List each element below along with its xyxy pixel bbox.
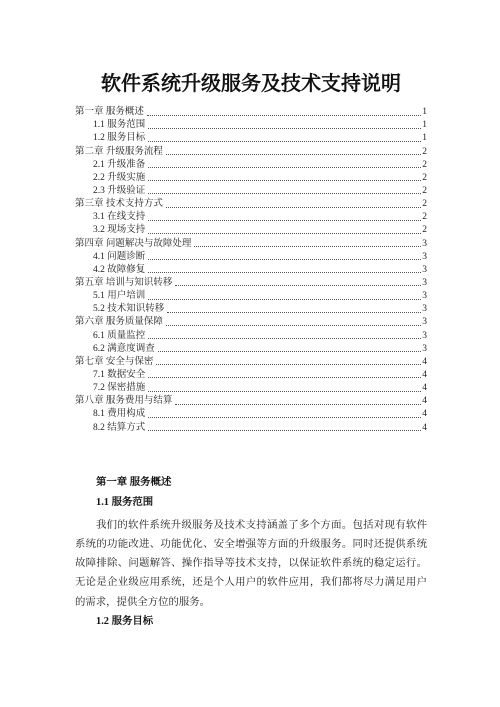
toc-dot-leader <box>148 259 421 260</box>
toc-dot-leader <box>148 128 421 129</box>
document-title: 软件系统升级服务及技术支持说明 <box>75 70 427 98</box>
toc-dot-leader <box>148 141 421 142</box>
toc-dot-leader <box>148 417 421 418</box>
toc-page-number: 4 <box>422 356 427 368</box>
toc-entry: 第六章 服务质量保障 3 <box>75 315 427 328</box>
section-1-1-heading: 1.1 服务范围 <box>96 493 427 513</box>
toc-dot-leader <box>167 312 421 313</box>
toc-entry: 2.2 升级实施 2 <box>75 171 427 184</box>
document-page: 软件系统升级服务及技术支持说明 第一章 服务概述 1 1.1 服务范围 1 1.… <box>0 0 500 707</box>
toc-entry-label: 2.2 升级实施 <box>93 172 145 184</box>
toc-dot-leader <box>175 285 421 286</box>
toc-entry-label: 第五章 培训与知识转移 <box>75 277 172 289</box>
toc-page-number: 3 <box>422 303 427 315</box>
toc-dot-leader <box>148 377 421 378</box>
toc-entry: 4.2 故障修复 3 <box>75 263 427 276</box>
toc-page-number: 4 <box>422 395 427 407</box>
document-body: 第一章 服务概述 1.1 服务范围 我们的软件系统升级服务及技术支持涵盖了多个方… <box>75 473 427 632</box>
toc-entry: 3.2 现场支持 2 <box>75 223 427 236</box>
toc-dot-leader <box>148 193 421 194</box>
toc-dot-leader <box>175 404 421 405</box>
toc-entry-label: 第八章 服务费用与结算 <box>75 395 172 407</box>
toc-page-number: 2 <box>422 211 427 223</box>
toc-page-number: 3 <box>422 290 427 302</box>
toc-page-number: 3 <box>422 264 427 276</box>
toc-dot-leader <box>148 272 421 273</box>
toc-dot-leader <box>148 430 421 431</box>
toc-entry: 第五章 培训与知识转移 3 <box>75 276 427 289</box>
toc-dot-leader <box>158 351 421 352</box>
toc-entry: 第七章 安全与保密 4 <box>75 355 427 368</box>
toc-entry-label: 2.1 升级准备 <box>93 159 145 171</box>
toc-page-number: 2 <box>422 172 427 184</box>
toc-page-number: 2 <box>422 224 427 236</box>
toc-entry: 6.2 满意度调查 3 <box>75 342 427 355</box>
toc-page-number: 4 <box>422 369 427 381</box>
toc-dot-leader <box>148 220 421 221</box>
toc-dot-leader <box>148 180 421 181</box>
toc-page-number: 3 <box>422 343 427 355</box>
toc-entry-label: 1.2 服务目标 <box>93 132 145 144</box>
toc-entry-label: 第二章 升级服务流程 <box>75 146 163 158</box>
section-1-1-paragraph: 我们的软件系统升级服务及技术支持涵盖了多个方面。包括对现有软件系统的功能改进、功… <box>75 516 427 612</box>
toc-page-number: 2 <box>422 198 427 210</box>
toc-dot-leader <box>156 364 421 365</box>
toc-entry: 7.2 保密措施 4 <box>75 381 427 394</box>
toc-entry: 2.1 升级准备 2 <box>75 158 427 171</box>
toc-entry: 6.1 质量监控 3 <box>75 328 427 341</box>
toc-entry-label: 1.1 服务范围 <box>93 119 145 131</box>
toc-entry: 7.1 数据安全 4 <box>75 368 427 381</box>
toc-entry-label: 第三章 技术支持方式 <box>75 198 163 210</box>
toc-entry: 5.2 技术知识转移 3 <box>75 302 427 315</box>
toc-dot-leader <box>166 154 421 155</box>
toc-dot-leader <box>166 325 421 326</box>
toc-dot-leader <box>148 233 421 234</box>
toc-entry: 1.1 服务范围 1 <box>75 118 427 131</box>
toc-dot-leader <box>166 207 421 208</box>
toc-page-number: 4 <box>422 422 427 434</box>
toc-entry-label: 6.1 质量监控 <box>93 330 145 342</box>
section-1-2-heading: 1.2 服务目标 <box>96 612 427 632</box>
toc-entry: 3.1 在线支持 2 <box>75 210 427 223</box>
table-of-contents: 第一章 服务概述 1 1.1 服务范围 1 1.2 服务目标 1 第二章 升级服… <box>75 105 427 434</box>
toc-page-number: 2 <box>422 185 427 197</box>
toc-dot-leader <box>194 246 421 247</box>
toc-page-number: 1 <box>422 106 427 118</box>
toc-entry: 第一章 服务概述 1 <box>75 105 427 118</box>
toc-entry: 8.2 结算方式 4 <box>75 420 427 433</box>
toc-page-number: 3 <box>422 277 427 289</box>
toc-page-number: 3 <box>422 251 427 263</box>
toc-page-number: 3 <box>422 316 427 328</box>
toc-entry-label: 第六章 服务质量保障 <box>75 316 163 328</box>
toc-dot-leader <box>148 391 421 392</box>
toc-entry-label: 8.1 费用构成 <box>93 408 145 420</box>
toc-entry-label: 第一章 服务概述 <box>75 106 144 118</box>
toc-entry-label: 7.1 数据安全 <box>93 369 145 381</box>
toc-entry: 1.2 服务目标 1 <box>75 131 427 144</box>
toc-dot-leader <box>148 338 421 339</box>
toc-entry: 第八章 服务费用与结算 4 <box>75 394 427 407</box>
toc-entry-label: 4.1 问题诊断 <box>93 251 145 263</box>
toc-dot-leader <box>147 115 421 116</box>
toc-entry: 4.1 问题诊断 3 <box>75 250 427 263</box>
toc-page-number: 4 <box>422 408 427 420</box>
toc-dot-leader <box>148 299 421 300</box>
toc-entry-label: 第七章 安全与保密 <box>75 356 153 368</box>
toc-entry-label: 2.3 升级验证 <box>93 185 145 197</box>
toc-entry-label: 8.2 结算方式 <box>93 422 145 434</box>
toc-entry-label: 3.2 现场支持 <box>93 224 145 236</box>
toc-page-number: 2 <box>422 159 427 171</box>
toc-entry: 5.1 用户培训 3 <box>75 289 427 302</box>
toc-page-number: 2 <box>422 146 427 158</box>
toc-page-number: 1 <box>422 132 427 144</box>
toc-entry-label: 5.2 技术知识转移 <box>93 303 164 315</box>
toc-page-number: 4 <box>422 382 427 394</box>
chapter-1-heading: 第一章 服务概述 <box>96 473 427 493</box>
toc-entry-label: 第四章 问题解决与故障处理 <box>75 238 191 250</box>
toc-entry-label: 7.2 保密措施 <box>93 382 145 394</box>
toc-entry: 2.3 升级验证 2 <box>75 184 427 197</box>
toc-entry-label: 6.2 满意度调查 <box>93 343 155 355</box>
toc-entry: 第四章 问题解决与故障处理 3 <box>75 236 427 249</box>
toc-entry-label: 3.1 在线支持 <box>93 211 145 223</box>
toc-page-number: 3 <box>422 330 427 342</box>
toc-entry: 8.1 费用构成 4 <box>75 407 427 420</box>
toc-entry: 第三章 技术支持方式 2 <box>75 197 427 210</box>
toc-page-number: 1 <box>422 119 427 131</box>
toc-page-number: 3 <box>422 238 427 250</box>
toc-entry: 第二章 升级服务流程 2 <box>75 144 427 157</box>
toc-dot-leader <box>148 167 421 168</box>
toc-entry-label: 5.1 用户培训 <box>93 290 145 302</box>
toc-entry-label: 4.2 故障修复 <box>93 264 145 276</box>
